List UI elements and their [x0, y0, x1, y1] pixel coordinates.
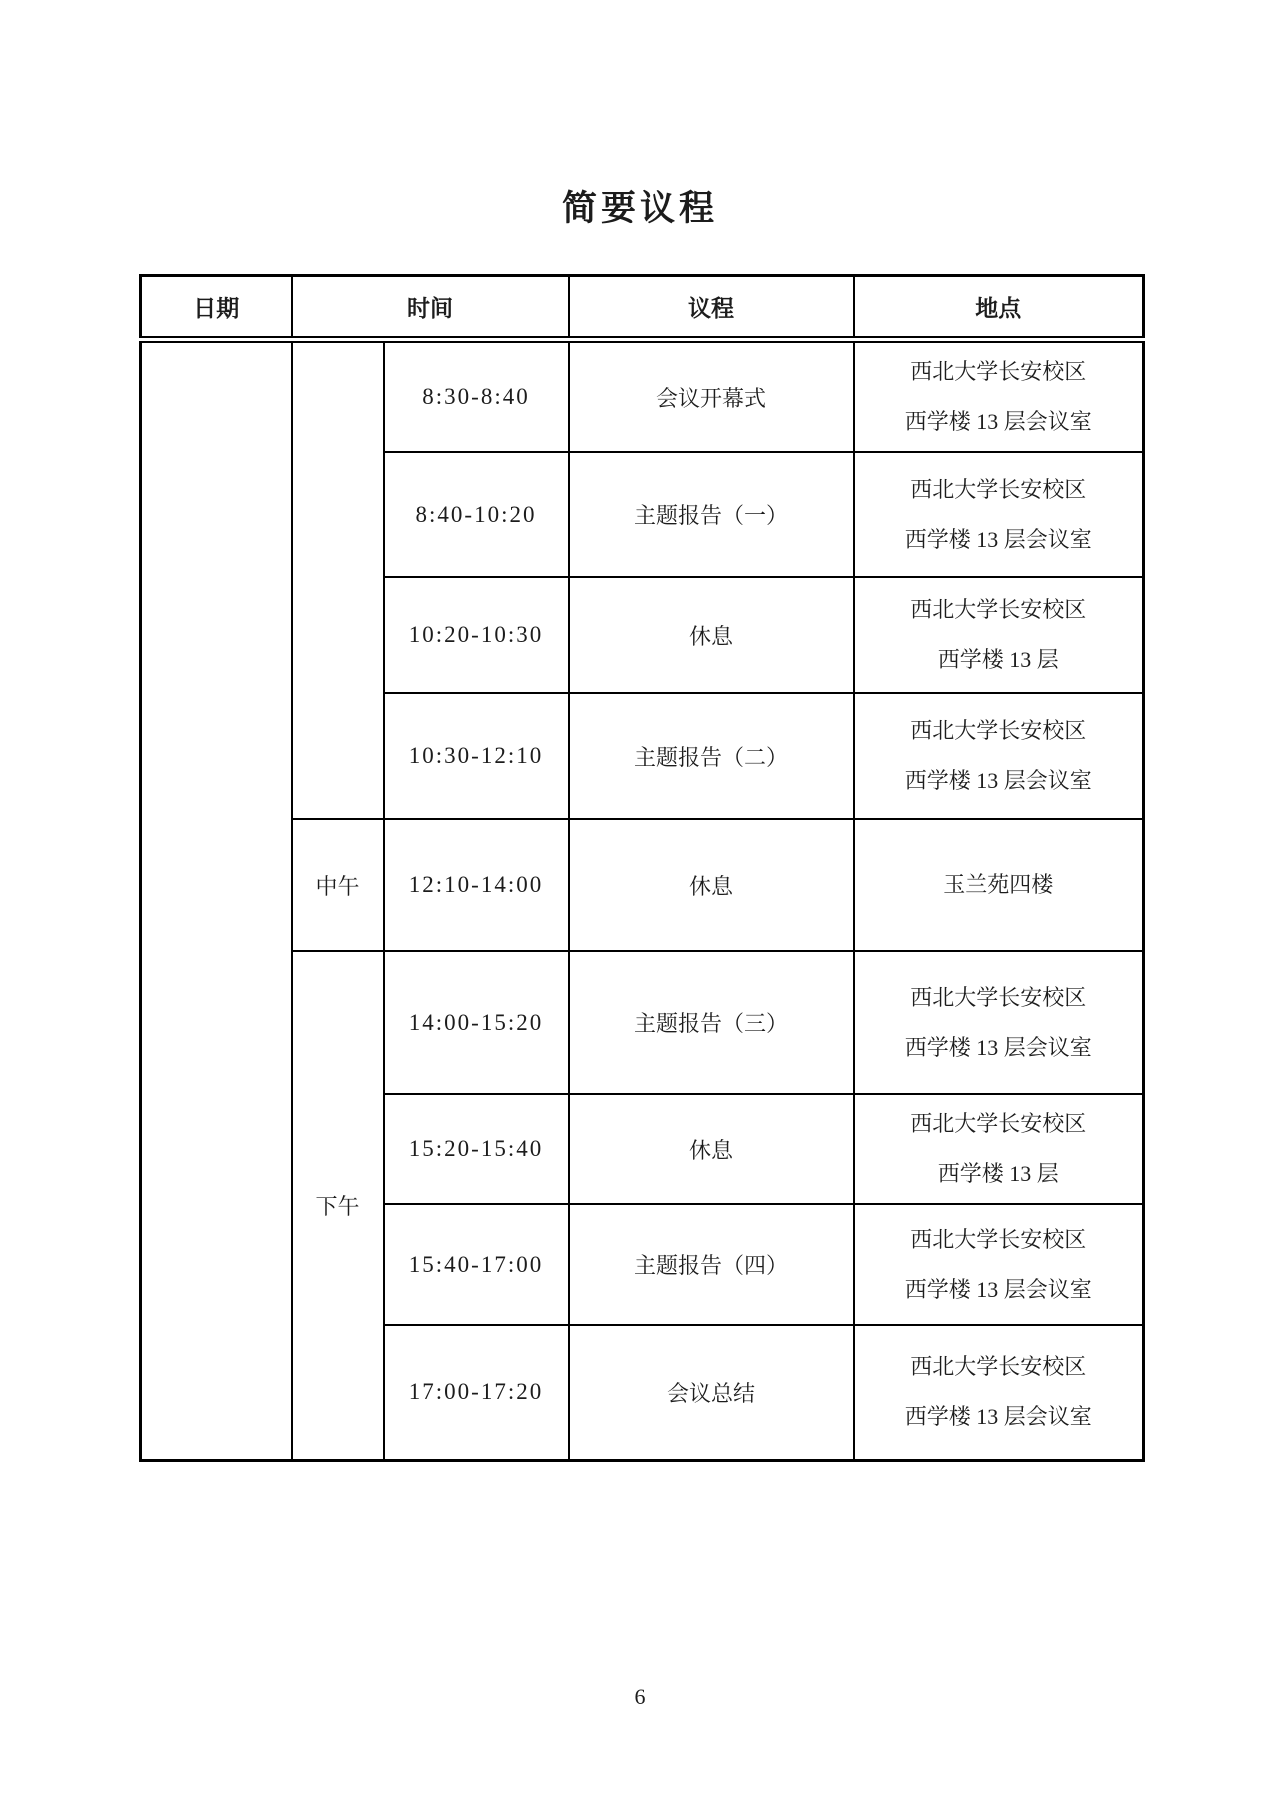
- cell-time: 14:00-15:20: [384, 951, 569, 1094]
- cell-location: 西北大学长安校区 西学楼 13 层会议室: [854, 452, 1144, 577]
- table-row: 中午 12:10-14:00 休息 玉兰苑四楼: [141, 819, 1144, 951]
- location-line: 西学楼 13 层会议室: [855, 397, 1143, 447]
- cell-location: 西北大学长安校区 西学楼 13 层会议室: [854, 1325, 1144, 1460]
- cell-agenda: 休息: [569, 1094, 854, 1204]
- cell-location: 西北大学长安校区 西学楼 13 层会议室: [854, 693, 1144, 819]
- cell-time: 8:40-10:20: [384, 452, 569, 577]
- header-agenda: 议程: [569, 276, 854, 340]
- header-time: 时间: [292, 276, 569, 340]
- location-line: 西学楼 13 层会议室: [855, 1392, 1143, 1442]
- cell-time: 17:00-17:20: [384, 1325, 569, 1460]
- cell-agenda: 休息: [569, 819, 854, 951]
- cell-time: 8:30-8:40: [384, 340, 569, 453]
- cell-time: 15:20-15:40: [384, 1094, 569, 1204]
- cell-time: 15:40-17:00: [384, 1204, 569, 1325]
- cell-period-noon: 中午: [292, 819, 384, 951]
- cell-time: 10:20-10:30: [384, 577, 569, 693]
- page-title: 简要议程: [0, 181, 1280, 231]
- cell-time: 10:30-12:10: [384, 693, 569, 819]
- location-line: 西北大学长安校区: [855, 347, 1143, 397]
- cell-agenda: 主题报告（四）: [569, 1204, 854, 1325]
- cell-location: 西北大学长安校区 西学楼 13 层: [854, 1094, 1144, 1204]
- cell-period-afternoon: 下午: [292, 951, 384, 1460]
- location-line: 西学楼 13 层会议室: [855, 1023, 1143, 1073]
- location-line: 西北大学长安校区: [855, 1099, 1143, 1149]
- location-line: 西北大学长安校区: [855, 706, 1143, 756]
- table-row: 下午 14:00-15:20 主题报告（三） 西北大学长安校区 西学楼 13 层…: [141, 951, 1144, 1094]
- cell-location: 西北大学长安校区 西学楼 13 层: [854, 577, 1144, 693]
- agenda-table: 日期 时间 议程 地点 8:30-8:40 会议开幕式 西北大学长安校区 西学楼…: [139, 274, 1145, 1462]
- cell-period-morning: [292, 340, 384, 820]
- location-line: 西北大学长安校区: [855, 973, 1143, 1023]
- location-line: 西学楼 13 层会议室: [855, 515, 1143, 565]
- cell-agenda: 休息: [569, 577, 854, 693]
- cell-agenda: 会议开幕式: [569, 340, 854, 453]
- cell-location: 西北大学长安校区 西学楼 13 层会议室: [854, 340, 1144, 453]
- header-date: 日期: [141, 276, 292, 340]
- location-line: 西北大学长安校区: [855, 1342, 1143, 1392]
- cell-agenda: 会议总结: [569, 1325, 854, 1460]
- cell-agenda: 主题报告（三）: [569, 951, 854, 1094]
- location-line: 西北大学长安校区: [855, 465, 1143, 515]
- cell-location: 玉兰苑四楼: [854, 819, 1144, 951]
- location-line: 西学楼 13 层: [855, 1149, 1143, 1199]
- header-location: 地点: [854, 276, 1144, 340]
- cell-agenda: 主题报告（一）: [569, 452, 854, 577]
- cell-agenda: 主题报告（二）: [569, 693, 854, 819]
- table-row: 8:30-8:40 会议开幕式 西北大学长安校区 西学楼 13 层会议室: [141, 340, 1144, 453]
- cell-location: 西北大学长安校区 西学楼 13 层会议室: [854, 1204, 1144, 1325]
- page-number: 6: [0, 1684, 1280, 1710]
- location-line: 西学楼 13 层: [855, 635, 1143, 685]
- cell-time: 12:10-14:00: [384, 819, 569, 951]
- location-line: 西北大学长安校区: [855, 585, 1143, 635]
- cell-date-empty: [141, 340, 292, 1461]
- cell-location: 西北大学长安校区 西学楼 13 层会议室: [854, 951, 1144, 1094]
- location-line: 西学楼 13 层会议室: [855, 756, 1143, 806]
- table-header-row: 日期 时间 议程 地点: [141, 276, 1144, 340]
- location-line: 西学楼 13 层会议室: [855, 1265, 1143, 1315]
- location-line: 玉兰苑四楼: [855, 860, 1143, 910]
- location-line: 西北大学长安校区: [855, 1215, 1143, 1265]
